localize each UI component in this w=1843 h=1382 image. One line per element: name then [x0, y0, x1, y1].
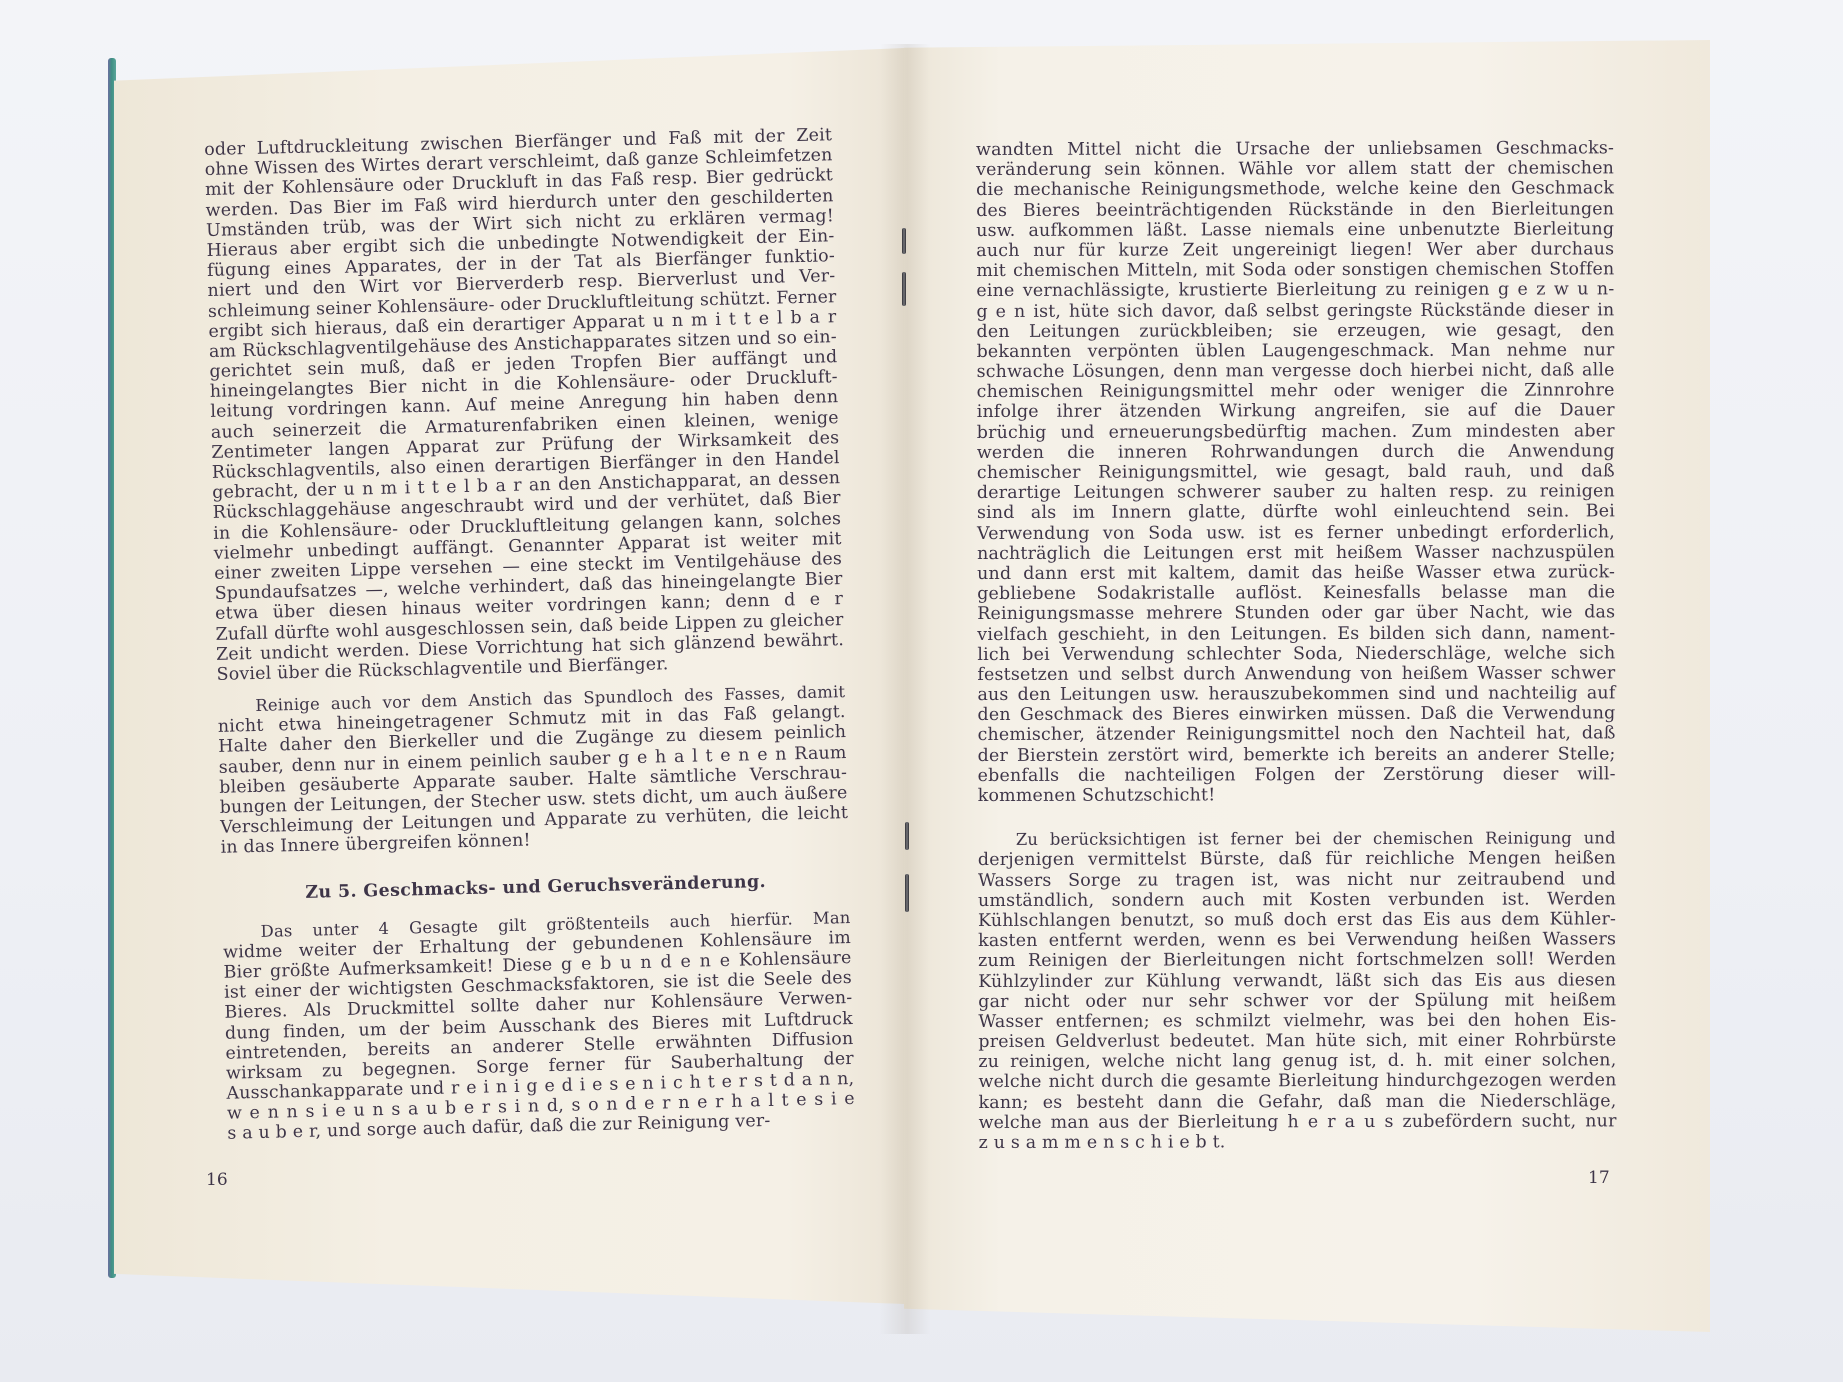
text-line: Kühlschlangen benutzt, so muß doch erst … — [978, 909, 1616, 931]
page-number-left: 16 — [206, 1170, 228, 1190]
text-line: brüchig und erneuerungsbedürftig machen.… — [977, 421, 1615, 443]
text-line: Verwendung von Soda usw. ist es ferner u… — [977, 522, 1615, 544]
text-line: eine vernachlässigte, krustierte Bierlei… — [976, 280, 1614, 302]
paragraph: oder Luftdruckleitung zwischen Bierfänge… — [204, 125, 845, 685]
text-line: nachträglich die Leitungen erst mit heiß… — [977, 542, 1615, 564]
text-line: auch nur für kurze Zeit ungereinigt lieg… — [976, 239, 1614, 261]
text-line: bekannten verpönten üblen Laugengeschmac… — [977, 340, 1615, 362]
text-line: und dann erst mit kaltem, damit das heiß… — [977, 562, 1615, 584]
text-line: welche nicht durch die gesamte Bierleitu… — [978, 1071, 1616, 1093]
paragraph: Zu berücksichtigen ist ferner bei der ch… — [978, 829, 1617, 1154]
staple — [902, 272, 906, 306]
right-page-text: wandten Mittel nicht die Ursache der unl… — [976, 138, 1617, 1153]
left-page-text: oder Luftdruckleitung zwischen Bierfänge… — [204, 125, 855, 1144]
text-line: usw. aufkommen läßt. Lasse niemals eine … — [976, 219, 1614, 241]
text-line: z u s a m m e n s c h i e b t. — [979, 1131, 1617, 1153]
text-line: Zu berücksichtigen ist ferner bei der ch… — [978, 829, 1616, 851]
text-line: kann; es besteht dann die Gefahr, daß ma… — [978, 1091, 1616, 1113]
open-booklet: oder Luftdruckleitung zwischen Bierfänge… — [0, 0, 1843, 1382]
text-line: gar nicht oder nur sehr schwer vor der S… — [978, 990, 1616, 1012]
text-line: Wasser entfernen; es schmilzt vielmehr, … — [978, 1010, 1616, 1032]
text-line: gebliebene Sodakristalle auflöst. Keines… — [977, 582, 1615, 604]
text-line: kasten entfernt werden, wenn es bei Verw… — [978, 929, 1616, 951]
text-line: chemischen Reinigungsmittel mehr oder we… — [977, 381, 1615, 403]
text-line: sind als im Innern glatte, dürfte wohl e… — [977, 502, 1615, 524]
text-line: den Geschmack des Bieres einwirken müsse… — [977, 704, 1615, 726]
text-line: die mechanische Reinigungsmethode, welch… — [976, 179, 1614, 201]
text-line: Kühlzylinder zur Kühlung verwandt, läßt … — [978, 970, 1616, 992]
text-line: chemischer Reinigungsmittel, wie gesagt,… — [977, 461, 1615, 483]
paragraph: wandten Mittel nicht die Ursache der unl… — [976, 138, 1616, 806]
text-line: mit chemischen Mitteln, mit Soda oder so… — [976, 259, 1614, 281]
text-line: den Leitungen zurückbleiben; sie erzeuge… — [976, 320, 1614, 342]
text-line: ebenfalls die nachteiligen Folgen der Ze… — [978, 764, 1616, 786]
staple — [905, 822, 909, 850]
text-line: vielfach geschieht, in den Leitungen. Es… — [977, 623, 1615, 645]
text-line: zu reinigen, welche nicht lang genug ist… — [978, 1051, 1616, 1073]
text-line: Wassers Sorge zu tragen ist, was nicht n… — [978, 869, 1616, 891]
text-line: schwache Lösungen, denn man vergesse doc… — [977, 360, 1615, 382]
staple — [902, 228, 906, 254]
text-line: zum Reinigen der Bierleitungen nicht for… — [978, 950, 1616, 972]
paragraph: Reinige auch vor dem Anstich das Spundlo… — [217, 682, 849, 858]
text-line: derjenigen vermittelst Bürste, daß für r… — [978, 849, 1616, 871]
paragraph: Das unter 4 Gesagte gilt größtenteils au… — [222, 908, 855, 1145]
text-line: veränderung sein können. Wähle vor allem… — [976, 159, 1614, 181]
text-line: welche man aus der Bierleitung h e r a u… — [979, 1111, 1617, 1133]
text-line: lich bei Verwendung schlechter Soda, Nie… — [977, 643, 1615, 665]
text-line: umständlich, sondern auch mit Kosten ver… — [978, 889, 1616, 911]
staple — [905, 874, 909, 912]
text-line: g e n ist, hüte sich davor, daß selbst g… — [976, 300, 1614, 322]
text-line: chemischer, ätzender Reinigungsmittel no… — [978, 724, 1616, 746]
text-line: infolge ihrer ätzenden Wirkung angreifen… — [977, 401, 1615, 423]
text-line: werden die inneren Rohrwandungen durch d… — [977, 441, 1615, 463]
text-line: festsetzen und selbst durch Anwendung vo… — [977, 663, 1615, 685]
text-line: des Bieres beeinträchtigenden Rückstände… — [976, 199, 1614, 221]
text-line: derartige Leitungen schwerer sauber zu h… — [977, 482, 1615, 504]
text-line: wandten Mittel nicht die Ursache der unl… — [976, 138, 1614, 160]
text-line: der Bierstein zerstört wird, bemerkte ic… — [978, 744, 1616, 766]
text-line: Reinigungsmasse mehrere Stunden oder gar… — [977, 603, 1615, 625]
text-line: kommenen Schutzschicht! — [978, 784, 1616, 806]
text-line: aus den Leitungen usw. herauszubekommen … — [977, 683, 1615, 705]
text-line: preisen Geldverlust bedeutet. Man hüte s… — [978, 1030, 1616, 1052]
page-number-right: 17 — [1588, 1168, 1610, 1188]
section-heading: Zu 5. Geschmacks- und Geruchsveränderung… — [222, 870, 850, 907]
